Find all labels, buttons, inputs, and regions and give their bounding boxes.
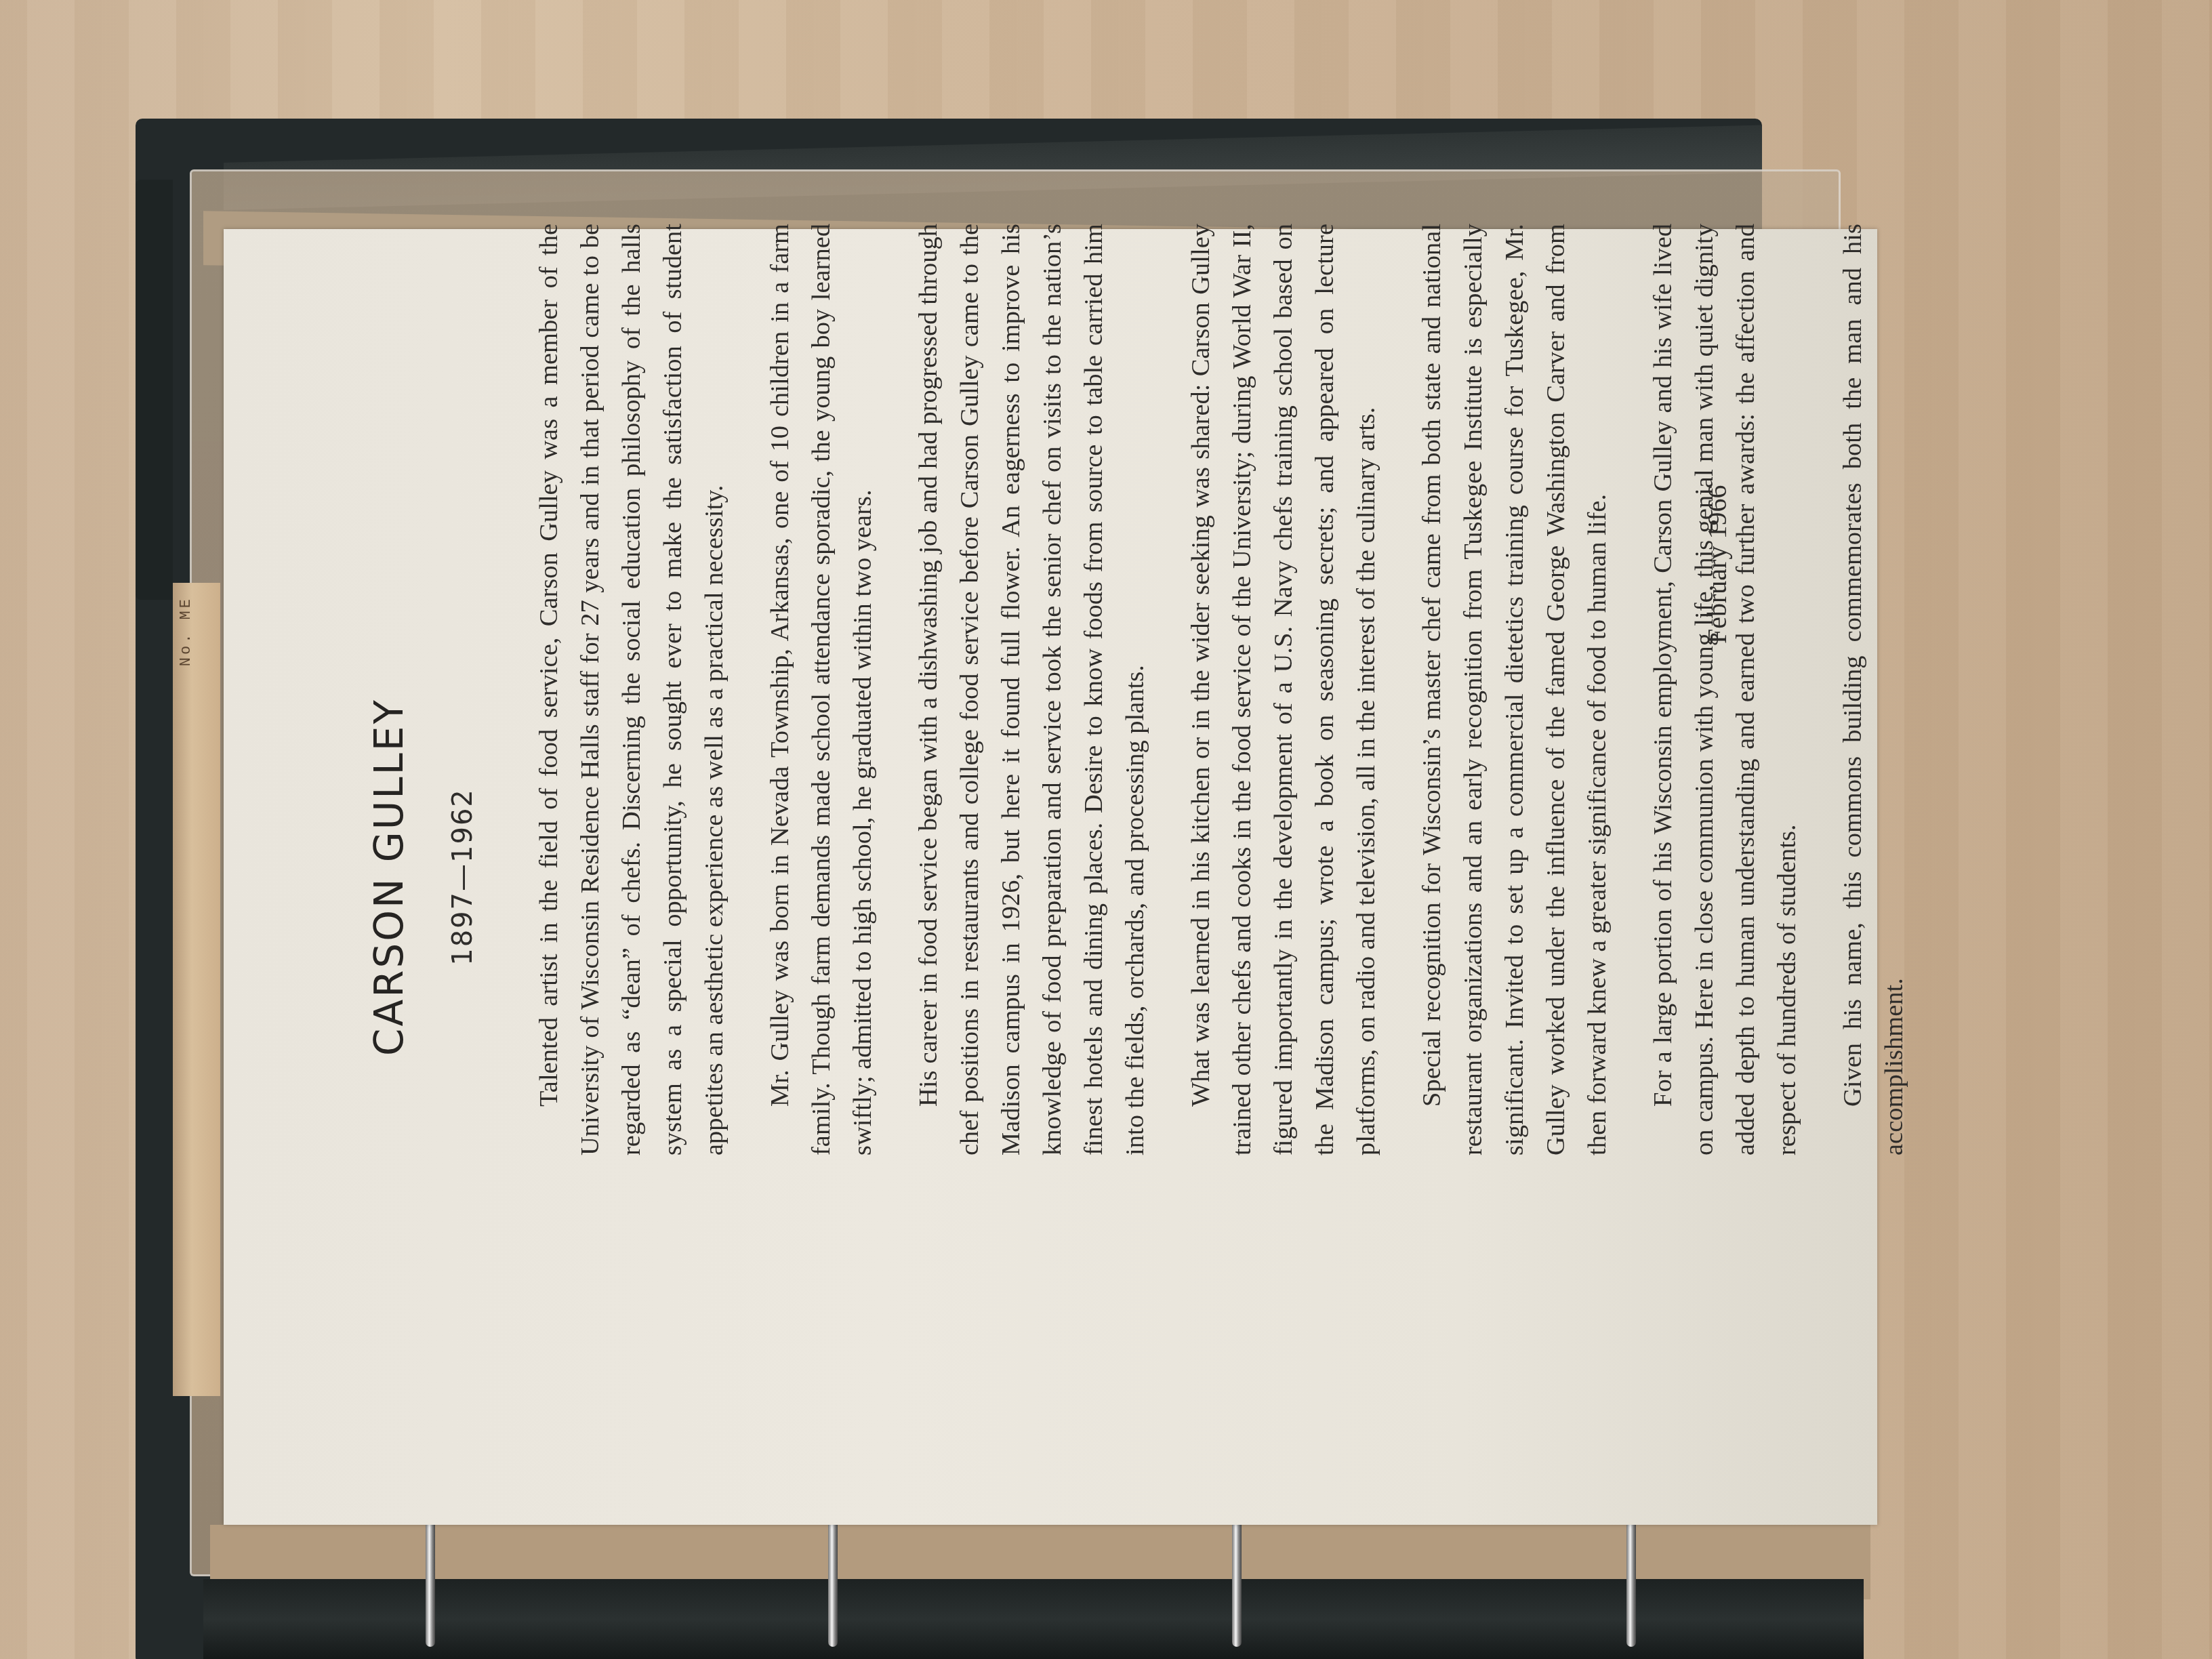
newspaper-scrap [173, 583, 220, 1396]
binder-ring[interactable] [828, 1518, 838, 1647]
paragraph: For a large portion of his Wisconsin emp… [1643, 224, 1808, 1155]
binder-ring[interactable] [426, 1518, 435, 1647]
paragraph: Talented artist in the field of food ser… [529, 224, 735, 1155]
memorial-page: CARSON GULLEY 1897—1962 Talented artist … [224, 229, 1877, 1525]
paragraph: What was learned in his kitchen or in th… [1181, 224, 1387, 1155]
page-content-rotated: CARSON GULLEY 1897—1962 Talented artist … [224, 229, 1877, 1525]
paragraph: His career in food service began with a … [908, 224, 1156, 1155]
page-title: CARSON GULLEY [366, 229, 412, 1525]
life-dates: 1897—1962 [447, 229, 478, 1525]
binder-bottom-edge [203, 1579, 1864, 1659]
binder-ring[interactable] [1626, 1518, 1636, 1647]
body-text: Talented artist in the field of food ser… [529, 224, 1940, 1155]
paragraph: Given his name, this commons building co… [1832, 224, 1915, 1155]
publication-date: February 1966 [1701, 373, 1733, 644]
paragraph: Special recognition for Wisconsin’s mast… [1412, 224, 1618, 1155]
paragraph: Mr. Gulley was born in Nevada Township, … [760, 224, 884, 1155]
binder-ring[interactable] [1232, 1518, 1242, 1647]
binder-spine [136, 180, 173, 600]
newspaper-scrap-text: No. ME [178, 596, 218, 666]
